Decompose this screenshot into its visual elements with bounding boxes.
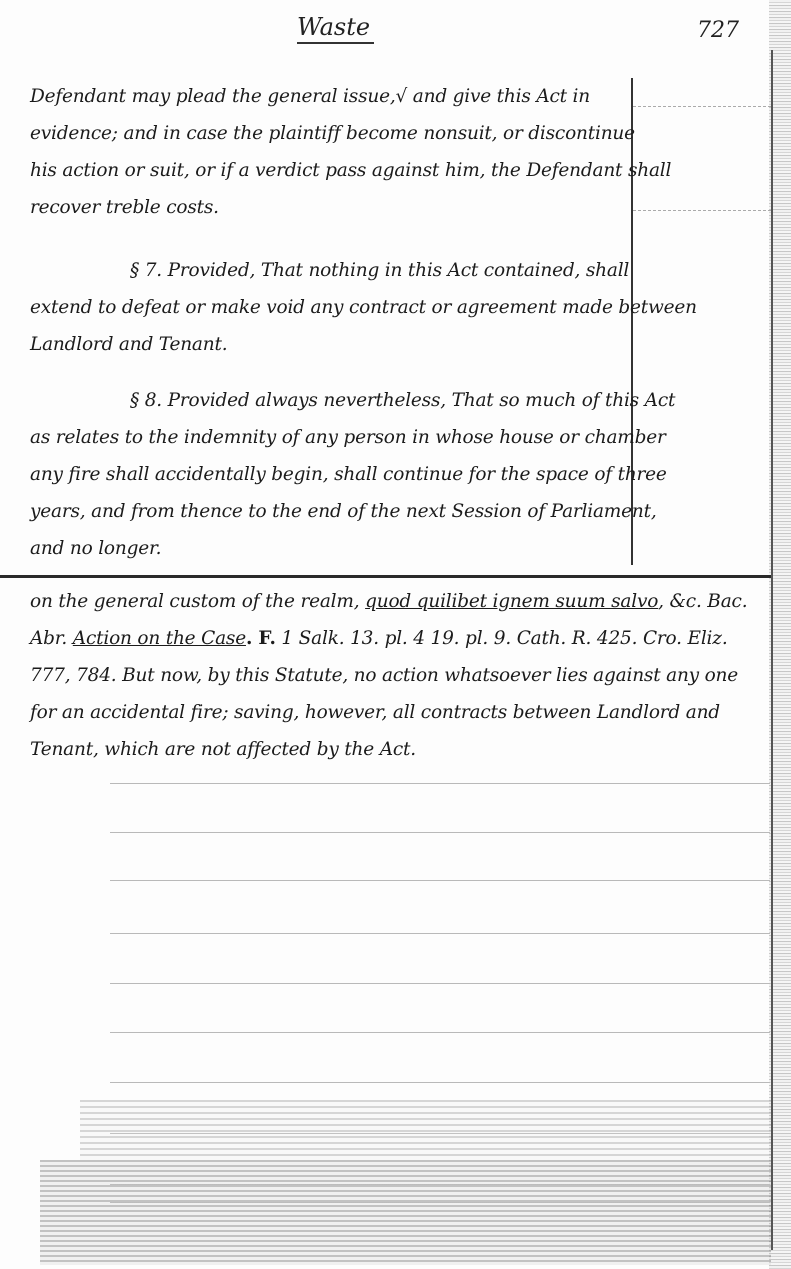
right-margin-rule — [771, 50, 773, 1250]
scan-noise — [40, 1160, 771, 1265]
text-line: recover treble costs. — [30, 189, 628, 226]
ruled-line — [110, 1082, 770, 1083]
text-line: years, and from thence to the end of the… — [30, 493, 628, 530]
page-number: 727 — [697, 18, 739, 43]
scan-noise — [80, 1100, 771, 1160]
margin-rule — [633, 106, 771, 108]
ruled-line — [110, 983, 770, 984]
ruled-line — [110, 783, 770, 784]
text-line: § 8. Provided always nevertheless, That … — [30, 382, 628, 419]
text-line: Defendant may plead the general issue,√ … — [30, 78, 628, 115]
statute-paragraph-continuation: Defendant may plead the general issue,√ … — [30, 78, 628, 226]
ruled-line — [110, 933, 770, 934]
statute-section-8: § 8. Provided always nevertheless, That … — [30, 382, 628, 567]
ruled-line — [110, 880, 770, 881]
note-text: on the general custom of the realm, — [30, 591, 365, 612]
page-heading: Waste — [297, 14, 374, 44]
section-divider — [0, 575, 771, 578]
case-letter: . F. — [246, 628, 276, 649]
case-heading: Action on the Case — [73, 628, 246, 649]
text-line: § 7. Provided, That nothing in this Act … — [30, 252, 628, 289]
text-line: Landlord and Tenant. — [30, 326, 628, 363]
ruled-line — [110, 1032, 770, 1033]
ruled-line — [110, 832, 770, 833]
latin-maxim: quod quilibet ignem suum salvo — [365, 591, 658, 612]
margin-rule — [633, 210, 771, 212]
note-line: affected by the Act. — [236, 739, 416, 760]
text-line: his action or suit, or if a verdict pass… — [30, 152, 628, 189]
commentary-notes: on the general custom of the realm, quod… — [30, 583, 765, 768]
text-line: extend to defeat or make void any contra… — [30, 289, 628, 326]
text-line: evidence; and in case the plaintiff beco… — [30, 115, 628, 152]
text-line: any fire shall accidentally begin, shall… — [30, 456, 628, 493]
statute-section-7: § 7. Provided, That nothing in this Act … — [30, 252, 628, 363]
text-line: and no longer. — [30, 530, 628, 567]
manuscript-page: Waste 727 Defendant may plead the genera… — [0, 0, 791, 1269]
text-line: as relates to the indemnity of any perso… — [30, 419, 628, 456]
